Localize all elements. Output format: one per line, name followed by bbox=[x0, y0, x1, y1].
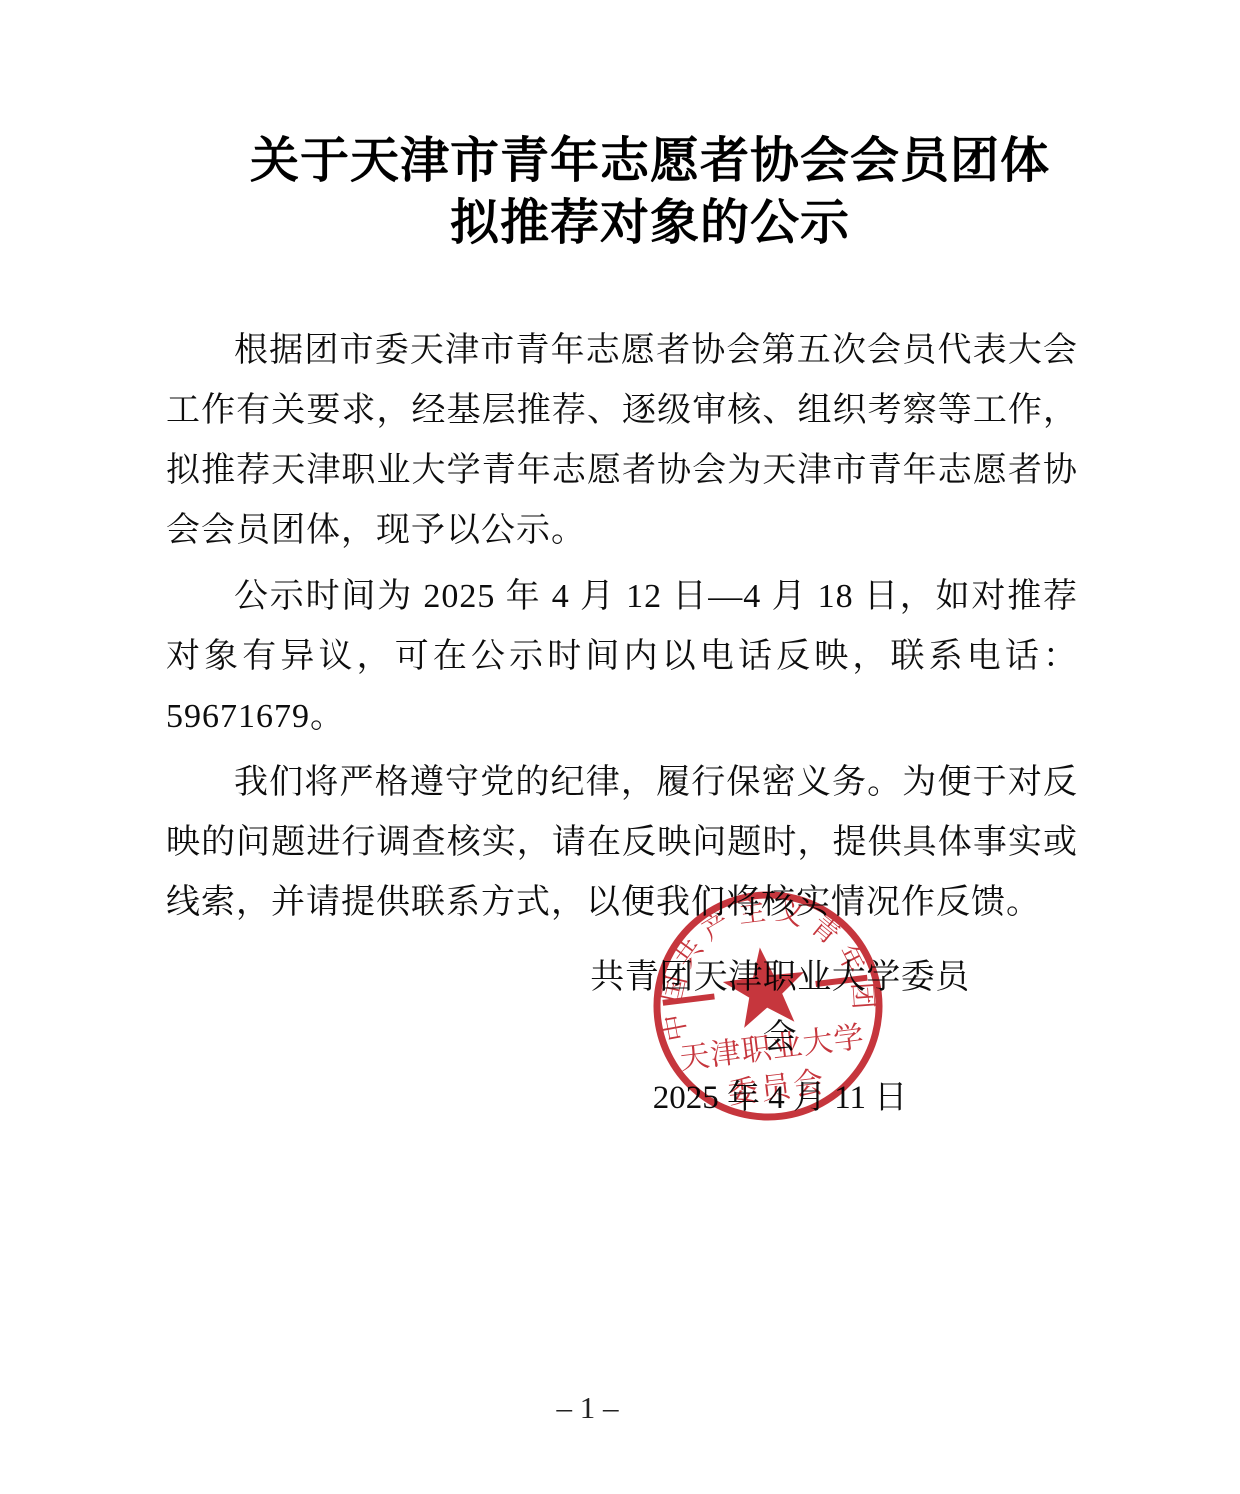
page-number: – 1 – bbox=[0, 1390, 1175, 1426]
title-line-2: 拟推荐对象的公示 bbox=[30, 192, 1240, 254]
document-title: 关于天津市青年志愿者协会会员团体 拟推荐对象的公示 bbox=[30, 130, 1240, 254]
document-page: 关于天津市青年志愿者协会会员团体 拟推荐对象的公示 根据团市委天津市青年志愿者协… bbox=[0, 0, 1240, 1494]
signature-date: 2025 年 4 月 11 日 bbox=[578, 1068, 982, 1128]
document-body: 根据团市委天津市青年志愿者协会第五次会员代表大会工作有关要求，经基层推荐、逐级审… bbox=[166, 321, 1078, 933]
signature-block: 共青团天津职业大学委员会 2025 年 4 月 11 日 bbox=[578, 948, 982, 1128]
paragraph-recommendation: 根据团市委天津市青年志愿者协会第五次会员代表大会工作有关要求，经基层推荐、逐级审… bbox=[166, 321, 1078, 561]
paragraph-publicity-period: 公示时间为 2025 年 4 月 12 日—4 月 18 日，如对推荐对象有异议… bbox=[166, 567, 1078, 747]
paragraph-confidentiality: 我们将严格遵守党的纪律，履行保密义务。为便于对反映的问题进行调查核实，请在反映问… bbox=[166, 753, 1078, 933]
title-line-1: 关于天津市青年志愿者协会会员团体 bbox=[30, 130, 1240, 192]
signature-organization: 共青团天津职业大学委员会 bbox=[578, 948, 982, 1068]
